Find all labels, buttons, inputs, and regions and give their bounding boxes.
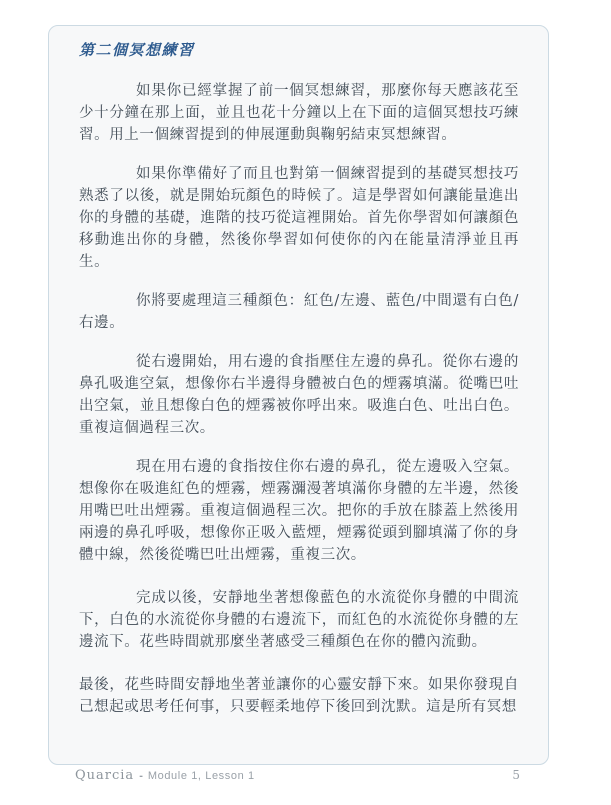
document-page-card: 第二個冥想練習 如果你已經掌握了前一個冥想練習，那麼你每天應該花至少十分鐘在那上… [48,25,549,765]
body-paragraph: 從右邊開始，用右邊的食指壓住左邊的鼻孔。從你右邊的鼻孔吸進空氣，想像你右半邊得身… [79,351,519,439]
section-title: 第二個冥想練習 [79,39,519,60]
body-paragraph: 你將要處理這三種顏色：紅色/左邊、藍色/中間還有白色/右邊。 [79,290,519,334]
body-paragraph: 現在用右邊的食指按住你右邊的鼻孔，從左邊吸入空氣。想像你在吸進紅色的煙霧，煙霧瀰… [79,456,519,566]
page-footer: Quarcia - Module 1, Lesson 1 5 [75,768,520,783]
lesson-label: Module 1, Lesson 1 [148,770,255,782]
footer-separator: - [139,770,143,782]
body-paragraph: 完成以後，安靜地坐著想像藍色的水流從你身體的中間流下，白色的水流從你身體的右邊流… [79,587,519,653]
body-paragraph: 如果你已經掌握了前一個冥想練習，那麼你每天應該花至少十分鐘在那上面，並且也花十分… [79,80,519,146]
body-paragraph: 如果你準備好了而且也對第一個練習提到的基礎冥想技巧熟悉了以後，就是開始玩顏色的時… [79,163,519,273]
brand-name: Quarcia [75,768,134,783]
page-number: 5 [512,768,520,782]
footer-brand-group: Quarcia - Module 1, Lesson 1 [75,768,255,783]
body-paragraph: 最後，花些時間安靜地坐著並讓你的心靈安靜下來。如果你發現自己想起或思考任何事，只… [79,674,519,718]
